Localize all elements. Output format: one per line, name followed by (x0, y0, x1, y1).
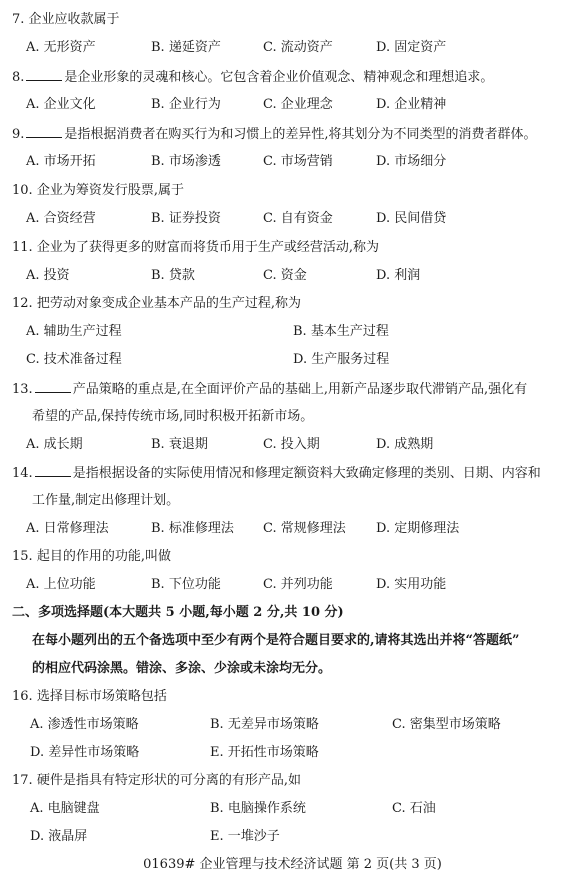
option: D. 民间借贷 (376, 211, 446, 227)
option: C. 市场营销 (263, 154, 333, 170)
answer-blank (35, 381, 71, 393)
option: A. 市场开拓 (26, 154, 96, 170)
option: E. 开拓性市场策略 (210, 745, 319, 761)
option: C. 石油 (392, 801, 436, 817)
option: B. 基本生产过程 (293, 324, 389, 340)
question-12: 12. 把劳动对象变成企业基本产品的生产过程,称为 (12, 296, 301, 312)
option: D. 固定资产 (376, 40, 446, 56)
option: C. 自有资金 (263, 211, 333, 227)
option: B. 衰退期 (151, 437, 208, 453)
question-13-cont: 希望的产品,保持传统市场,同时积极开拓新市场。 (32, 409, 313, 425)
option: C. 投入期 (263, 437, 320, 453)
answer-blank (26, 69, 62, 81)
option: B. 贷款 (151, 268, 195, 284)
option: A. 投资 (26, 268, 70, 284)
option: D. 利润 (376, 268, 420, 284)
option: A. 辅助生产过程 (26, 324, 122, 340)
question-13: 13.产品策略的重点是,在全面评价产品的基础上,用新产品逐步取代滞销产品,强化有 (12, 381, 527, 397)
option: D. 定期修理法 (376, 521, 459, 537)
option: D. 液晶屏 (30, 829, 87, 845)
section-title: 二、多项选择题(本大题共 5 小题,每小题 2 分,共 10 分) (12, 605, 344, 621)
answer-blank (35, 465, 71, 477)
option: D. 成熟期 (376, 437, 433, 453)
option: A. 渗透性市场策略 (30, 717, 139, 733)
option: C. 流动资产 (263, 40, 333, 56)
option: B. 电脑操作系统 (210, 801, 306, 817)
option: B. 无差异市场策略 (210, 717, 319, 733)
question-11: 11. 企业为了获得更多的财富而将货币用于生产或经营活动,称为 (12, 240, 379, 256)
option: A. 企业文化 (26, 97, 96, 113)
question-14: 14.是指根据设备的实际使用情况和修理定额资料大致确定修理的类别、日期、内容和 (12, 465, 541, 481)
section-instructions: 在每小题列出的五个备选项中至少有两个是符合题目要求的,请将其选出并将“答题纸” (32, 633, 519, 649)
option: D. 差异性市场策略 (30, 745, 139, 761)
option: B. 标准修理法 (151, 521, 234, 537)
question-10: 10. 企业为筹资发行股票,属于 (12, 183, 184, 199)
answer-blank (26, 126, 62, 138)
option: C. 资金 (263, 268, 307, 284)
option: B. 递延资产 (151, 40, 221, 56)
question-15: 15. 起目的作用的功能,叫做 (12, 549, 171, 565)
option: B. 企业行为 (151, 97, 221, 113)
option: B. 市场渗透 (151, 154, 221, 170)
question-17: 17. 硬件是指具有特定形状的可分离的有形产品,如 (12, 773, 301, 789)
question-16: 16. 选择目标市场策略包括 (12, 689, 167, 705)
option: C. 并列功能 (263, 577, 333, 593)
option: A. 日常修理法 (26, 521, 109, 537)
option: E. 一堆沙子 (210, 829, 280, 845)
option: A. 无形资产 (26, 40, 96, 56)
option: C. 技术准备过程 (26, 352, 122, 368)
option: A. 电脑键盘 (30, 801, 100, 817)
question-8: 8.是企业形象的灵魂和核心。它包含着企业价值观念、精神观念和理想追求。 (12, 69, 493, 85)
option: A. 合资经营 (26, 211, 96, 227)
question-14-cont: 工作量,制定出修理计划。 (32, 493, 179, 509)
question-7: 7. 企业应收款属于 (12, 12, 120, 28)
option: A. 成长期 (26, 437, 83, 453)
page-footer: 01639# 企业管理与技术经济试题 第 2 页(共 3 页) (0, 857, 585, 873)
option: C. 密集型市场策略 (392, 717, 501, 733)
option: D. 企业精神 (376, 97, 446, 113)
option: C. 常规修理法 (263, 521, 346, 537)
option: D. 实用功能 (376, 577, 446, 593)
option: A. 上位功能 (26, 577, 96, 593)
option: B. 下位功能 (151, 577, 221, 593)
section-instructions-cont: 的相应代码涂黑。错涂、多涂、少涂或未涂均无分。 (32, 661, 331, 677)
question-9: 9.是指根据消费者在购买行为和习惯上的差异性,将其划分为不同类型的消费者群体。 (12, 126, 537, 142)
option: C. 企业理念 (263, 97, 333, 113)
option: D. 市场细分 (376, 154, 446, 170)
option: B. 证券投资 (151, 211, 221, 227)
option: D. 生产服务过程 (293, 352, 389, 368)
